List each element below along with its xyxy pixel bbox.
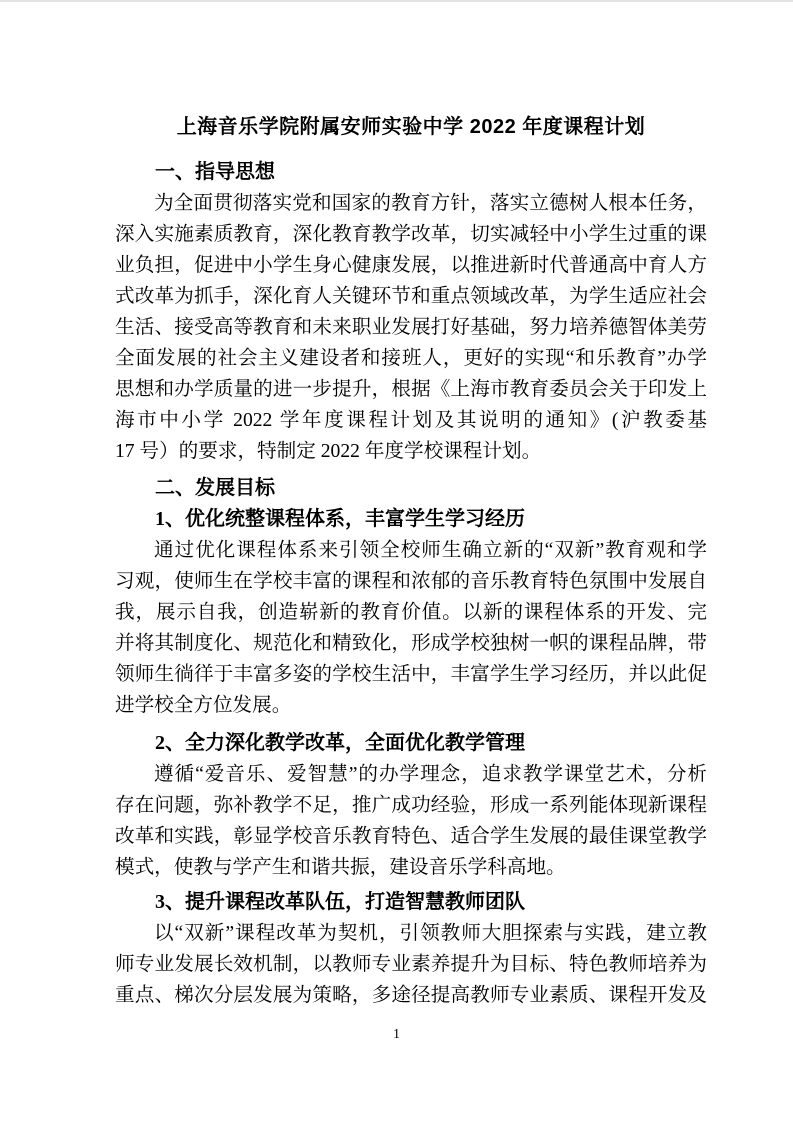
page-content: 上海音乐学院附属安师实验中学 2022 年度课程计划 一、指导思想 为全面贯彻落… — [115, 2, 707, 1011]
text-line: 通过优化课程体系来引领全校师生确立新的“双新”教育观和学 — [115, 535, 707, 566]
sub-heading-3: 3、提升课程改革队伍，打造智慧教师团队 — [115, 887, 707, 918]
text-line: 为全面贯彻落实党和国家的教育方针，落实立德树人根本任务， — [115, 188, 707, 219]
paragraph-4: 以“双新”课程改革为契机，引领教师大胆探索与实践，建立教 师专业发展长效机制，以… — [115, 918, 707, 1011]
page-number: 1 — [0, 1026, 793, 1044]
section-heading-2: 二、发展目标 — [115, 473, 707, 504]
text-line: 习观，使师生在学校丰富的课程和浓郁的音乐教育特色氛围中发展自 — [115, 566, 707, 597]
text-line: 业负担，促进中小学生身心健康发展，以推进新时代普通高中育人方 — [115, 250, 707, 281]
text-line: 海市中小学 2022 学年度课程计划及其说明的通知》(沪教委基〔2022〕 — [115, 405, 707, 436]
paragraph-1: 为全面贯彻落实党和国家的教育方针，落实立德树人根本任务， 深入实施素质教育，深化… — [115, 188, 707, 467]
text-line: 遵循“爱音乐、爱智慧”的办学理念，追求教学课堂艺术，分析 — [115, 759, 707, 790]
text-line: 进学校全方位发展。 — [115, 690, 707, 721]
text-line: 式改革为抓手，深化育人关键环节和重点领域改革，为学生适应社会 — [115, 281, 707, 312]
text-line: 以“双新”课程改革为契机，引领教师大胆探索与实践，建立教 — [115, 918, 707, 949]
section-heading-1: 一、指导思想 — [115, 157, 707, 188]
paragraph-3: 遵循“爱音乐、爱智慧”的办学理念，追求教学课堂艺术，分析 存在问题，弥补教学不足… — [115, 759, 707, 883]
paragraph-2: 通过优化课程体系来引领全校师生确立新的“双新”教育观和学 习观，使师生在学校丰富… — [115, 535, 707, 721]
text-line: 模式，使教与学产生和谐共振，建设音乐学科高地。 — [115, 852, 707, 883]
document-page: 上海音乐学院附属安师实验中学 2022 年度课程计划 一、指导思想 为全面贯彻落… — [0, 0, 793, 1122]
document-title: 上海音乐学院附属安师实验中学 2022 年度课程计划 — [115, 113, 707, 141]
text-line: 思想和办学质量的进一步提升，根据《上海市教育委员会关于印发上 — [115, 374, 707, 405]
text-line: 存在问题，弥补教学不足，推广成功经验，形成一系列能体现新课程 — [115, 790, 707, 821]
text-line: 并将其制度化、规范化和精致化，形成学校独树一帜的课程品牌，带 — [115, 628, 707, 659]
text-line: 深入实施素质教育，深化教育教学改革，切实减轻中小学生过重的课 — [115, 219, 707, 250]
text-line: 17 号）的要求，特制定 2022 年度学校课程计划。 — [115, 436, 707, 467]
text-line: 领师生徜徉于丰富多姿的学校生活中，丰富学生学习经历，并以此促 — [115, 659, 707, 690]
text-line: 重点、梯次分层发展为策略，多途径提高教师专业素质、课程开发及 — [115, 980, 707, 1011]
sub-heading-1: 1、优化统整课程体系，丰富学生学习经历 — [115, 504, 707, 535]
text-line: 改革和实践，彰显学校音乐教育特色、适合学生发展的最佳课堂教学 — [115, 821, 707, 852]
text-line: 生活、接受高等教育和未来职业发展打好基础，努力培养德智体美劳 — [115, 312, 707, 343]
text-line: 师专业发展长效机制，以教师专业素养提升为目标、特色教师培养为 — [115, 949, 707, 980]
sub-heading-2: 2、全力深化教学改革，全面优化教学管理 — [115, 728, 707, 759]
text-line: 全面发展的社会主义建设者和接班人，更好的实现“和乐教育”办学 — [115, 343, 707, 374]
text-line: 我，展示自我，创造崭新的教育价值。以新的课程体系的开发、完善， — [115, 597, 707, 628]
